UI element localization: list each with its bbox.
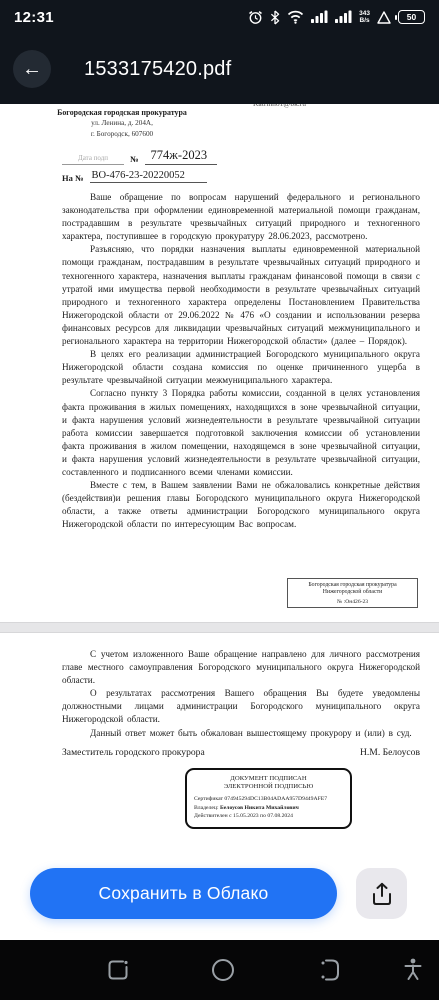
registration-stamp-line2: Нижегородской области	[288, 589, 417, 596]
nav-back-button[interactable]	[308, 940, 352, 1000]
alarm-clock-icon	[248, 10, 263, 25]
letterhead-email-clipped: Katrinno1@bk.ru	[253, 104, 306, 108]
page-2-body: С учетом изложенного Ваше обращение напр…	[62, 648, 420, 829]
signer-position: Заместитель городского прокурора	[62, 747, 205, 758]
clock-time: 12:31	[14, 9, 54, 26]
nav-recents-button[interactable]	[96, 940, 140, 1000]
letterhead-address-line1: ул. Ленина, д. 204А,	[52, 118, 192, 129]
wifi-icon	[287, 10, 304, 24]
nav-bar	[0, 940, 439, 1000]
network-speed: 343 B/s	[359, 10, 370, 24]
status-icons: 343 B/s 50	[248, 10, 425, 25]
esign-validity: Действителен с 15.05.2023 по 07.08.2024	[194, 812, 343, 821]
esign-stamp: ДОКУМЕНТ ПОДПИСАН ЭЛЕКТРОННОЙ ПОДПИСЬЮ С…	[185, 768, 352, 829]
battery-indicator: 50	[398, 10, 425, 24]
paragraph: Данный ответ может быть обжалован вышест…	[62, 727, 420, 740]
paragraph: Разъясняю, что порядки назначения выплат…	[62, 243, 420, 348]
recents-icon	[107, 959, 129, 981]
esign-owner: Владелец: Белоусов Никита Михайлович	[194, 804, 343, 813]
nav-home-button[interactable]	[201, 940, 245, 1000]
document-viewer[interactable]: Katrinno1@bk.ru Богородская городская пр…	[0, 104, 439, 940]
page-1-body: Ваше обращение по вопросам нарушений фед…	[62, 191, 420, 531]
letterhead-org-name: Богородская городская прокуратура	[52, 108, 192, 118]
date-field: Дата подп	[62, 154, 124, 165]
number-sign: №	[130, 154, 139, 164]
paragraph: О результатах рассмотрения Вашего обраще…	[62, 687, 420, 726]
registration-stamp: Богородская городская прокуратура Нижего…	[287, 578, 418, 608]
back-icon	[320, 959, 340, 981]
paragraph: С учетом изложенного Ваше обращение напр…	[62, 648, 420, 687]
share-button[interactable]	[356, 868, 407, 919]
paragraph: Согласно пункту 3 Порядка работы комисси…	[62, 387, 420, 479]
pdf-filename: 1533175420.pdf	[84, 58, 231, 81]
accessibility-person-icon	[404, 958, 422, 982]
save-to-cloud-button[interactable]: Сохранить в Облако	[30, 868, 337, 919]
outgoing-ref-row: Дата подп № 774ж-2023	[62, 148, 217, 165]
status-bar: 12:31	[0, 0, 439, 34]
signal-sim2-icon	[335, 10, 352, 24]
incoming-number: ВО-476-23-20220052	[90, 170, 207, 183]
letterhead-address-line2: г. Богородск, 607600	[52, 129, 192, 140]
esign-title: ДОКУМЕНТ ПОДПИСАН ЭЛЕКТРОННОЙ ПОДПИСЬЮ	[194, 775, 343, 791]
pdf-header: ← 1533175420.pdf	[0, 34, 439, 104]
sim-warning-icon	[377, 11, 391, 24]
paragraph: Ваше обращение по вопросам нарушений фед…	[62, 191, 420, 243]
letterhead: Богородская городская прокуратура ул. Ле…	[52, 108, 192, 139]
accessibility-button[interactable]	[391, 940, 435, 1000]
incoming-ref-row: На № ВО-476-23-20220052	[62, 170, 207, 183]
top-bar: 12:31	[0, 0, 439, 104]
incoming-label: На №	[62, 173, 84, 183]
arrow-left-icon: ←	[22, 58, 42, 81]
esign-certificate: Сертификат 074945294DC13B04ADAA957D9449A…	[194, 795, 343, 804]
signature-row: Заместитель городского прокурора Н.М. Бе…	[62, 747, 420, 758]
bluetooth-icon	[270, 10, 280, 25]
signal-sim1-icon	[311, 10, 328, 24]
home-circle-icon	[211, 958, 235, 982]
registration-stamp-line1: Богородская городская прокуратура	[288, 582, 417, 589]
outgoing-number: 774ж-2023	[145, 148, 218, 165]
paragraph: В целях его реализации администрацией Бо…	[62, 348, 420, 387]
paragraph: Вместе с тем, в Вашем заявлении Вами не …	[62, 479, 420, 531]
phone-screen: 12:31	[0, 0, 439, 1000]
registration-stamp-number: № :Он426-23	[288, 599, 417, 605]
signer-name: Н.М. Белоусов	[360, 747, 420, 758]
page-separator	[0, 622, 439, 633]
share-upload-icon	[371, 882, 393, 906]
back-button[interactable]: ←	[13, 50, 51, 88]
